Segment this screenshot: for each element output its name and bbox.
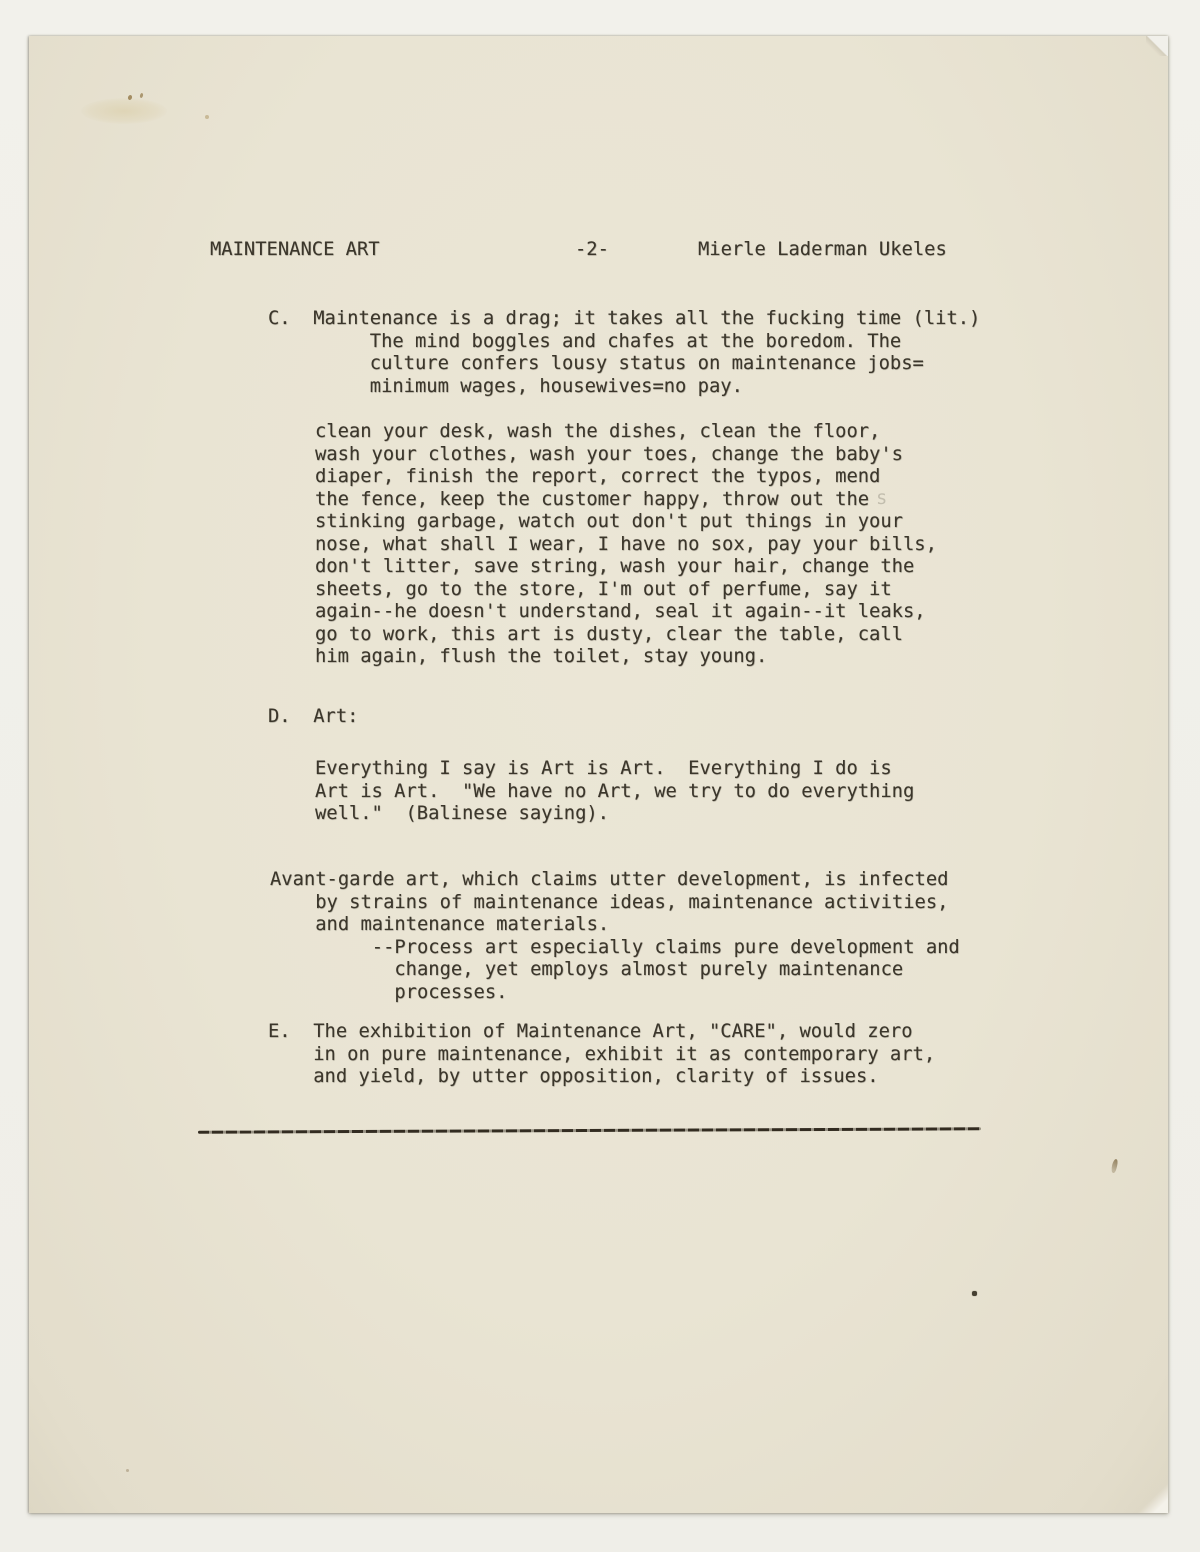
paper-stain-dot [139,93,143,99]
ghost-typed-character: s [876,488,887,511]
paper-stain-smudge [81,98,167,124]
page-number: -2- [575,239,609,262]
maintenance-list-paragraph: clean your desk, wash the dishes, clean … [315,421,937,669]
header-author: Mierle Laderman Ukeles [698,239,947,262]
corner-curl [1108,1458,1168,1513]
header-title: MAINTENANCE ART [210,239,380,262]
scan-background: MAINTENANCE ART -2- Mierle Laderman Ukel… [0,0,1200,1552]
paper-speck [126,1469,129,1472]
avant-garde-paragraph: Avant-garde art, which claims utter deve… [270,869,960,1004]
section-c-paragraph: C. Maintenance is a drag; it takes all t… [268,308,980,398]
paper-stain-dot [205,115,209,119]
section-e-paragraph: E. The exhibition of Maintenance Art, "C… [268,1021,935,1089]
corner-fold [1146,36,1168,56]
ink-smudge-mark [1110,1159,1118,1174]
section-d-paragraph: Everything I say is Art is Art. Everythi… [315,758,914,826]
section-d-heading: D. Art: [268,706,358,729]
paper-speck [972,1291,977,1296]
